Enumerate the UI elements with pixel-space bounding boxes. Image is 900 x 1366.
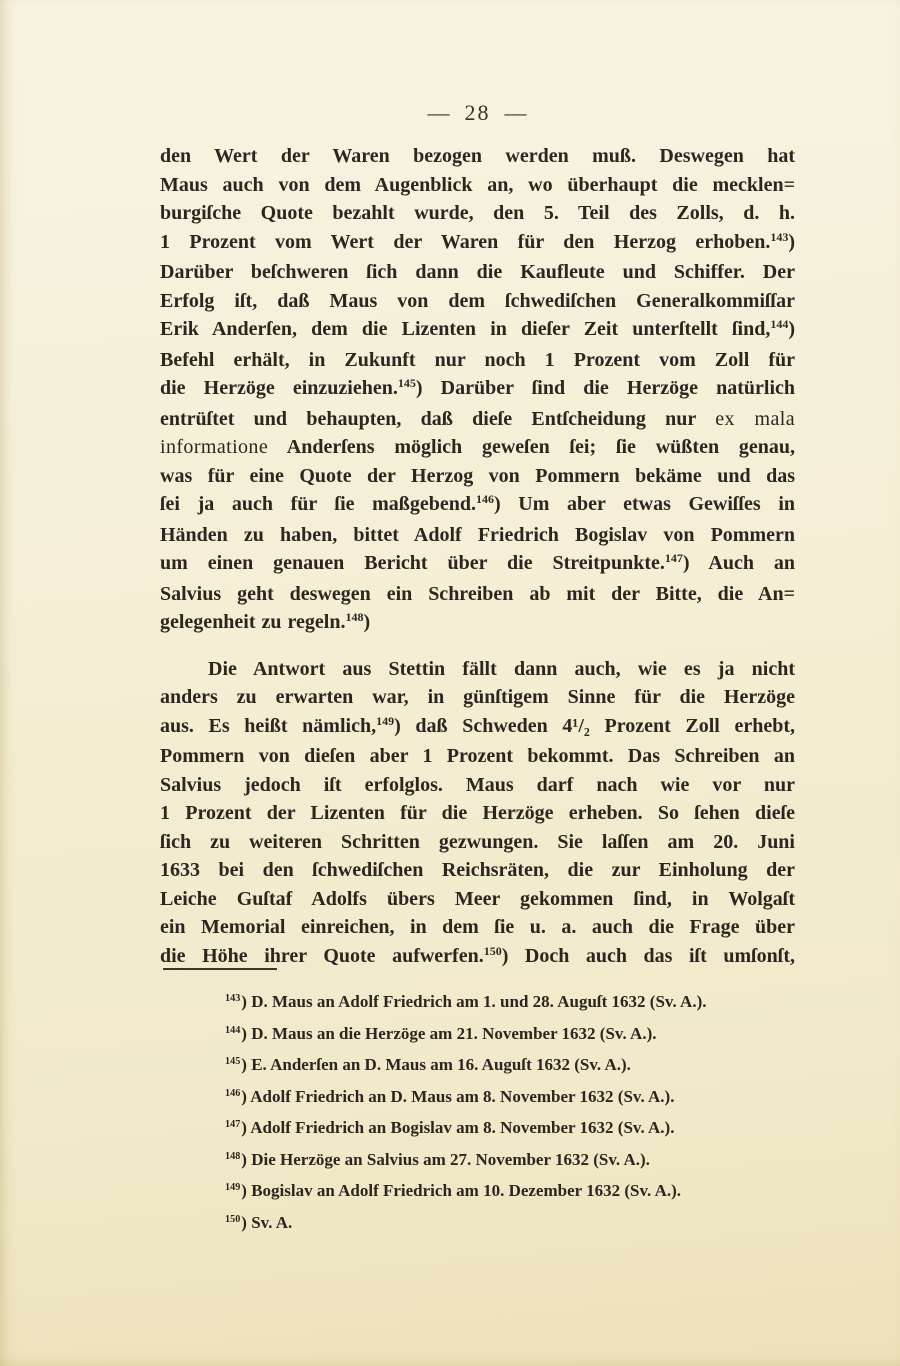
text-run: ) Darüber ſind die Herzöge natürlich bbox=[416, 377, 795, 399]
text-line: die Herzöge einzuziehen.145) Darüber ſin… bbox=[160, 374, 795, 405]
text-run: gelegenheit zu regeln. bbox=[160, 611, 345, 633]
text-run: 1 Prozent der Lizenten für die Herzöge e… bbox=[160, 802, 795, 824]
footnote-item: 148) Die Herzöge an Salvius am 27. Novem… bbox=[160, 1146, 795, 1178]
footnote-text: E. Anderſen an D. Maus am 16. Auguſt 163… bbox=[251, 1055, 631, 1074]
text-run: ) bbox=[363, 611, 370, 633]
footnote-number: 147 bbox=[225, 1119, 240, 1130]
text-line: um einen genauen Bericht über die Streit… bbox=[160, 549, 795, 580]
footnote-item: 146) Adolf Friedrich an D. Maus am 8. No… bbox=[160, 1083, 795, 1115]
footnote-item: 150) Sv. A. bbox=[160, 1209, 795, 1241]
page-number: 28 bbox=[465, 100, 491, 125]
footnote-reference: 149 bbox=[376, 714, 394, 728]
text-run: was für eine Quote der Herzog von Pommer… bbox=[160, 465, 795, 487]
footnote-text: Adolf Friedrich an Bogislav am 8. Novemb… bbox=[250, 1118, 674, 1137]
text-run: Befehl erhält, in Zukunft nur noch 1 Pro… bbox=[160, 349, 795, 371]
footnote-text: Sv. A. bbox=[251, 1213, 292, 1232]
text-line: Erfolg iſt, daß Maus von dem ſchwediſche… bbox=[160, 287, 795, 316]
text-run: die Herzöge einzuziehen. bbox=[160, 377, 398, 399]
footnote-paren: ) bbox=[241, 1213, 251, 1232]
footnote-paren: ) bbox=[241, 1118, 250, 1137]
text-run: ) Auch an bbox=[683, 552, 795, 574]
footnote-item: 143) D. Maus an Adolf Friedrich am 1. un… bbox=[160, 988, 795, 1020]
footnotes: 143) D. Maus an Adolf Friedrich am 1. un… bbox=[160, 988, 795, 1240]
text-run: burgiſche Quote bezahlt wurde, den 5. Te… bbox=[160, 202, 795, 224]
text-line: 1 Prozent der Lizenten für die Herzöge e… bbox=[160, 799, 795, 828]
text-line: Salvius geht deswegen ein Schreiben ab m… bbox=[160, 580, 795, 609]
text-run: ein Memorial einreichen, in dem ſie u. a… bbox=[160, 916, 795, 938]
text-line: was für eine Quote der Herzog von Pommer… bbox=[160, 462, 795, 491]
text-line: Händen zu haben, bittet Adolf Friedrich … bbox=[160, 521, 795, 550]
text-run: Darüber beſchweren ſich dann die Kaufleu… bbox=[160, 261, 795, 283]
text-line: Maus auch von dem Augenblick an, wo über… bbox=[160, 171, 795, 200]
text-line: entrüſtet und behaupten, daß dieſe Entſc… bbox=[160, 405, 795, 434]
text-run: 1 Prozent vom Wert der Waren für den Her… bbox=[160, 231, 770, 253]
footnote-reference: 148 bbox=[345, 610, 363, 624]
text-line: Befehl erhält, in Zukunft nur noch 1 Pro… bbox=[160, 346, 795, 375]
text-line: Salvius jedoch iſt erfolglos. Maus darf … bbox=[160, 771, 795, 800]
footnote-reference: 146 bbox=[476, 492, 494, 506]
footnote-reference: 147 bbox=[665, 551, 683, 565]
text-line: ſich zu weiteren Schritten gezwungen. Si… bbox=[160, 828, 795, 857]
text-run: aus. Es heißt nämlich, bbox=[160, 715, 376, 737]
footnote-number: 146 bbox=[225, 1088, 240, 1099]
main-text: den Wert der Waren bezogen werden muß. D… bbox=[160, 142, 795, 972]
text-run: den Wert der Waren bezogen werden muß. D… bbox=[160, 145, 795, 167]
text-run: Die Antwort aus Stettin fällt dann auch,… bbox=[208, 658, 795, 680]
text-run: Erik Anderſen, dem die Lizenten in dieſe… bbox=[160, 318, 770, 340]
text-line: 1633 bei den ſchwediſchen Reichsräten, d… bbox=[160, 856, 795, 885]
text-run: ) bbox=[788, 231, 795, 253]
footnote-paren: ) bbox=[241, 1055, 251, 1074]
footnote-paren: ) bbox=[241, 992, 251, 1011]
footnote-item: 145) E. Anderſen an D. Maus am 16. Auguſ… bbox=[160, 1051, 795, 1083]
text-run: ) bbox=[788, 318, 795, 340]
text-run: Anderſens möglich geweſen ſei; ſie wüßte… bbox=[268, 436, 795, 458]
text-line: Darüber beſchweren ſich dann die Kaufleu… bbox=[160, 258, 795, 287]
text-line: anders zu erwarten war, in günſtigem Sin… bbox=[160, 683, 795, 712]
footnote-text: Adolf Friedrich an D. Maus am 8. Novembe… bbox=[250, 1087, 674, 1106]
text-line: burgiſche Quote bezahlt wurde, den 5. Te… bbox=[160, 199, 795, 228]
text-line: gelegenheit zu regeln.148) bbox=[160, 608, 795, 639]
footnote-number: 149 bbox=[225, 1182, 240, 1193]
footnote-reference: 144 bbox=[770, 317, 788, 331]
text-line: Leiche Guſtaf Adolfs übers Meer gekommen… bbox=[160, 885, 795, 914]
text-run: Salvius jedoch iſt erfolglos. Maus darf … bbox=[160, 774, 795, 796]
footnote-reference: 143 bbox=[770, 230, 788, 244]
footnote-item: 149) Bogislav an Adolf Friedrich am 10. … bbox=[160, 1177, 795, 1209]
text-run: die Höhe ihrer Quote aufwerfen. bbox=[160, 945, 484, 967]
text-run: ſei ja auch für ſie maßgebend. bbox=[160, 493, 476, 515]
text-line: informatione Anderſens möglich geweſen ſ… bbox=[160, 433, 795, 462]
text-run: 1633 bei den ſchwediſchen Reichsräten, d… bbox=[160, 859, 795, 881]
footnote-item: 144) D. Maus an die Herzöge am 21. Novem… bbox=[160, 1020, 795, 1052]
footnote-paren: ) bbox=[241, 1024, 251, 1043]
text-line: ſei ja auch für ſie maßgebend.146) Um ab… bbox=[160, 490, 795, 521]
footnote-paren: ) bbox=[241, 1150, 251, 1169]
header-dash-left: — bbox=[428, 100, 451, 125]
paragraph: den Wert der Waren bezogen werden muß. D… bbox=[160, 142, 795, 639]
text-run: Erfolg iſt, daß Maus von dem ſchwediſche… bbox=[160, 290, 795, 312]
text-line: den Wert der Waren bezogen werden muß. D… bbox=[160, 142, 795, 171]
text-run: Händen zu haben, bittet Adolf Friedrich … bbox=[160, 524, 795, 546]
text-run: ) daß Schweden 4¹/₂ Prozent Zoll erhebt, bbox=[394, 715, 795, 737]
footnote-number: 148 bbox=[225, 1151, 240, 1162]
footnote-separator bbox=[163, 968, 277, 970]
text-line: aus. Es heißt nämlich,149) daß Schweden … bbox=[160, 712, 795, 743]
footnote-reference: 145 bbox=[398, 376, 416, 390]
text-run: Maus auch von dem Augenblick an, wo über… bbox=[160, 174, 795, 196]
footnote-number: 145 bbox=[225, 1056, 240, 1067]
text-run: entrüſtet und behaupten, daß dieſe Entſc… bbox=[160, 408, 715, 430]
footnote-reference: 150 bbox=[484, 944, 502, 958]
text-line: Die Antwort aus Stettin fällt dann auch,… bbox=[160, 655, 795, 684]
text-run: ſich zu weiteren Schritten gezwungen. Si… bbox=[160, 831, 795, 853]
paragraph: Die Antwort aus Stettin fällt dann auch,… bbox=[160, 655, 795, 973]
footnote-number: 150 bbox=[225, 1214, 240, 1225]
footnote-number: 143 bbox=[225, 993, 240, 1004]
footnote-paren: ) bbox=[241, 1181, 251, 1200]
text-run: um einen genauen Bericht über die Streit… bbox=[160, 552, 665, 574]
header-dash-right: — bbox=[505, 100, 528, 125]
text-line: Pommern von dieſen aber 1 Prozent bekomm… bbox=[160, 742, 795, 771]
footnote-text: D. Maus an die Herzöge am 21. November 1… bbox=[251, 1024, 656, 1043]
text-run: ) Doch auch das iſt umſonſt, bbox=[502, 945, 795, 967]
text-line: Erik Anderſen, dem die Lizenten in dieſe… bbox=[160, 315, 795, 346]
antiqua-phrase: ex mala bbox=[715, 408, 795, 430]
book-page: —28— den Wert der Waren bezogen werden m… bbox=[0, 0, 900, 1366]
antiqua-phrase: informatione bbox=[160, 436, 268, 458]
text-run: Pommern von dieſen aber 1 Prozent bekomm… bbox=[160, 745, 795, 767]
footnote-item: 147) Adolf Friedrich an Bogislav am 8. N… bbox=[160, 1114, 795, 1146]
text-run: anders zu erwarten war, in günſtigem Sin… bbox=[160, 686, 795, 708]
text-line: ein Memorial einreichen, in dem ſie u. a… bbox=[160, 913, 795, 942]
footnote-text: D. Maus an Adolf Friedrich am 1. und 28.… bbox=[251, 992, 706, 1011]
footnote-number: 144 bbox=[225, 1025, 240, 1036]
text-run: Leiche Guſtaf Adolfs übers Meer gekommen… bbox=[160, 888, 795, 910]
text-run: ) Um aber etwas Gewiſſes in bbox=[494, 493, 795, 515]
text-line: 1 Prozent vom Wert der Waren für den Her… bbox=[160, 228, 795, 259]
footnote-text: Bogislav an Adolf Friedrich am 10. Dezem… bbox=[251, 1181, 681, 1200]
footnote-paren: ) bbox=[241, 1087, 250, 1106]
footnote-text: Die Herzöge an Salvius am 27. November 1… bbox=[251, 1150, 650, 1169]
text-run: Salvius geht deswegen ein Schreiben ab m… bbox=[160, 583, 795, 605]
page-header: —28— bbox=[160, 100, 795, 126]
